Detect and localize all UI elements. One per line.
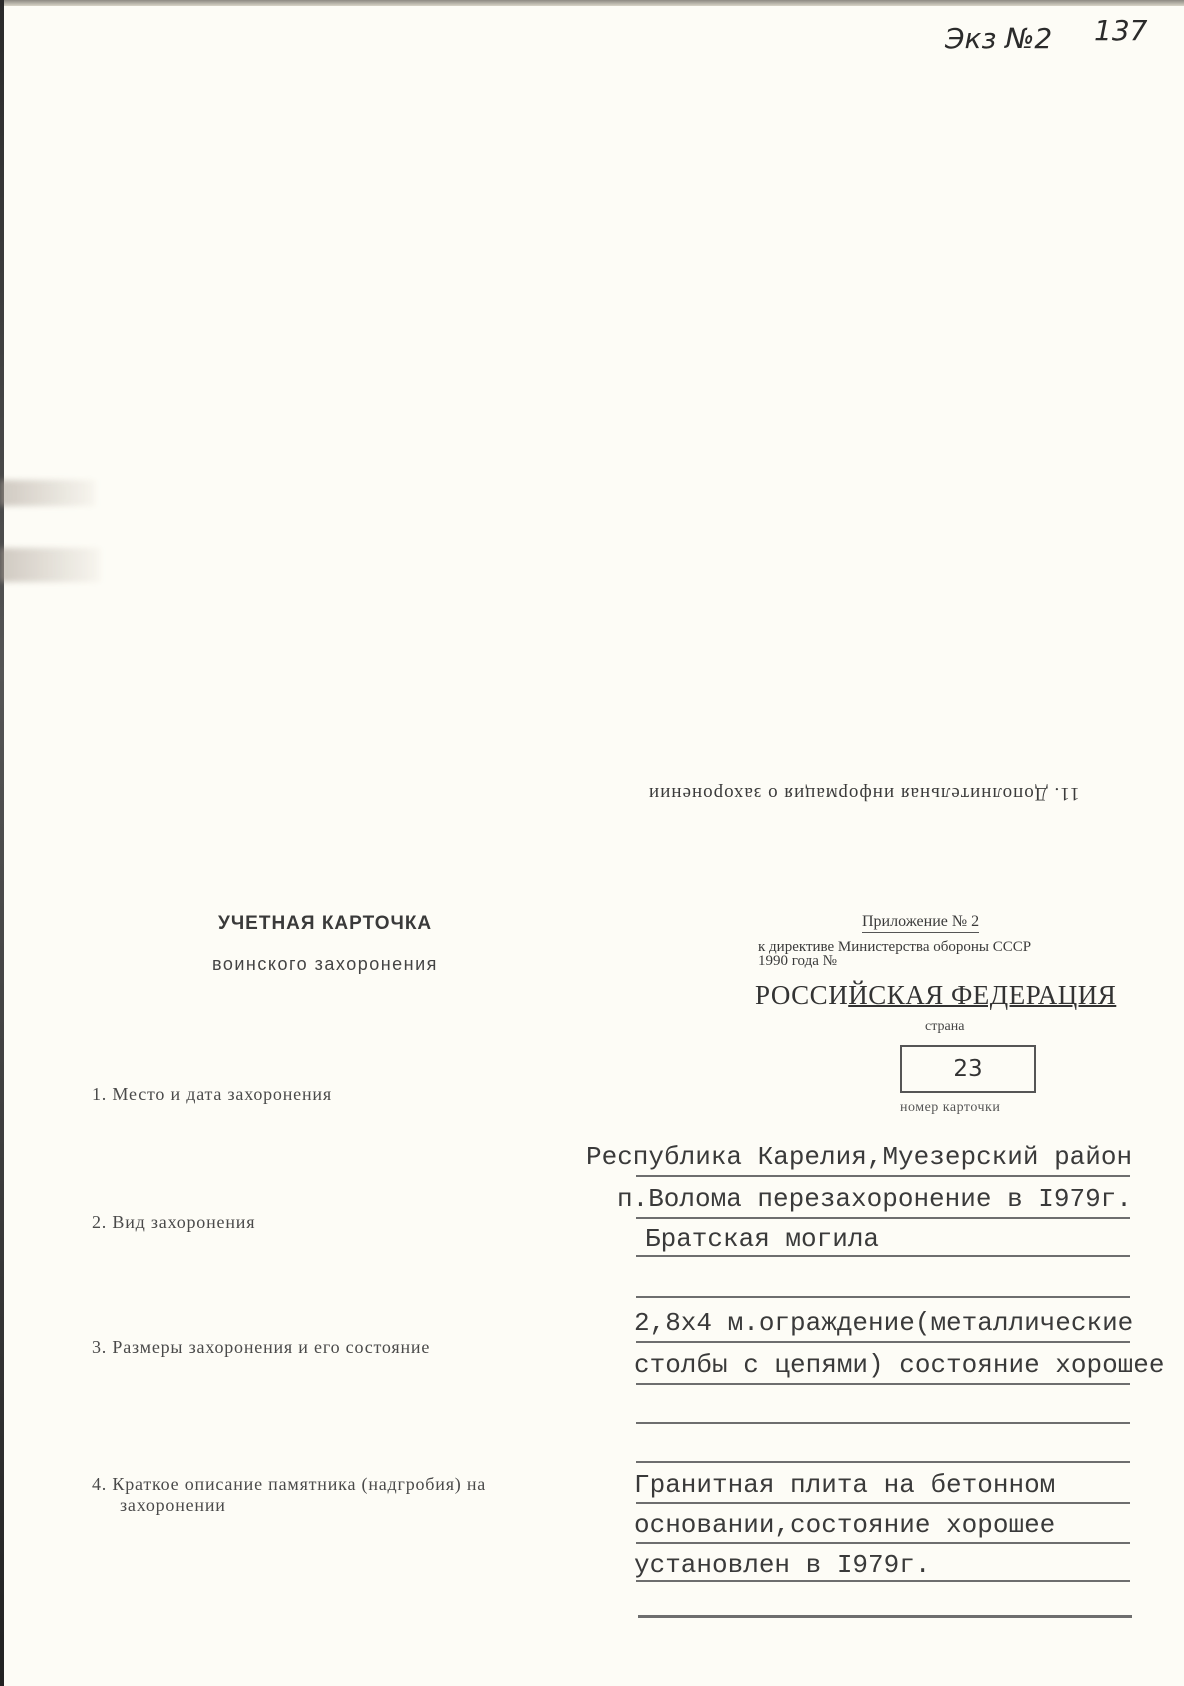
item-3-line-2[interactable]: столбы с цепями) состояние хорошее — [634, 1350, 1165, 1380]
item-4-line-2[interactable]: основании,состояние хорошее — [634, 1510, 1055, 1540]
copy-mark-handwritten: Экз №2 — [945, 22, 1052, 55]
form-rule — [636, 1383, 1130, 1385]
item-1-line-2[interactable]: п.Волома перезахоронение в I979г. — [617, 1184, 1132, 1214]
item-4-label: 4. Краткое описание памятника (надгробия… — [92, 1474, 486, 1516]
upside-down-section-heading: 11. Дополнительная информация о захороне… — [648, 782, 1080, 804]
item-3-line-1[interactable]: 2,8х4 м.ограждение(металлические — [634, 1308, 1133, 1338]
form-rule — [636, 1296, 1130, 1298]
country-label: страна — [925, 1019, 964, 1035]
directive-line: 1990 года № — [758, 954, 1128, 968]
card-number-box[interactable]: 23 — [900, 1045, 1036, 1093]
scan-smudge — [0, 548, 100, 582]
item-4-label-line: 4. Краткое описание памятника (надгробия… — [92, 1474, 486, 1495]
form-title: УЧЕТНАЯ КАРТОЧКА — [218, 913, 432, 935]
item-3-label: 3. Размеры захоронения и его состояние — [92, 1337, 430, 1358]
item-1-line-1[interactable]: Республика Карелия,Муезерский район — [586, 1142, 1132, 1172]
card-number-value: 23 — [953, 1056, 982, 1082]
item-4-line-1[interactable]: Гранитная плита на бетонном — [634, 1470, 1055, 1500]
form-rule — [636, 1542, 1130, 1544]
item-4-label-line: захоронении — [92, 1495, 486, 1516]
form-rule — [636, 1341, 1130, 1343]
form-subtitle: воинского захоронения — [212, 954, 438, 975]
form-rule — [636, 1461, 1130, 1463]
country-value-part: ЙСКАЯ ФЕДЕРАЦИЯ — [848, 980, 1116, 1010]
paper-left-edge — [0, 0, 4, 1686]
country-value-part: РОССИ — [755, 980, 848, 1010]
country-field[interactable]: РОССИЙСКАЯ ФЕДЕРАЦИЯ — [755, 980, 1116, 1011]
paper-top-edge — [0, 0, 1184, 6]
directive-reference: к директиве Министерства обороны СССР 19… — [758, 940, 1128, 968]
scan-smudge — [0, 480, 95, 506]
page-number-handwritten: 137 — [1094, 14, 1147, 47]
item-4-line-3[interactable]: установлен в I979г. — [634, 1550, 930, 1580]
card-number-label: номер карточки — [900, 1100, 1000, 1116]
form-rule — [636, 1422, 1130, 1424]
directive-line: к директиве Министерства обороны СССР — [758, 940, 1128, 954]
form-rule — [636, 1580, 1130, 1582]
scanned-document: Экз №2 137 11. Дополнительная информация… — [0, 0, 1184, 1686]
item-1-label: 1. Место и дата захоронения — [92, 1084, 332, 1105]
appendix-label: Приложение № 2 — [862, 913, 979, 933]
form-rule — [638, 1615, 1132, 1618]
form-rule — [636, 1502, 1130, 1504]
item-2-line-1[interactable]: Братская могила — [645, 1224, 879, 1254]
form-rule — [636, 1255, 1130, 1257]
item-2-label: 2. Вид захоронения — [92, 1212, 255, 1233]
form-rule — [636, 1175, 1130, 1177]
form-rule — [636, 1217, 1130, 1219]
